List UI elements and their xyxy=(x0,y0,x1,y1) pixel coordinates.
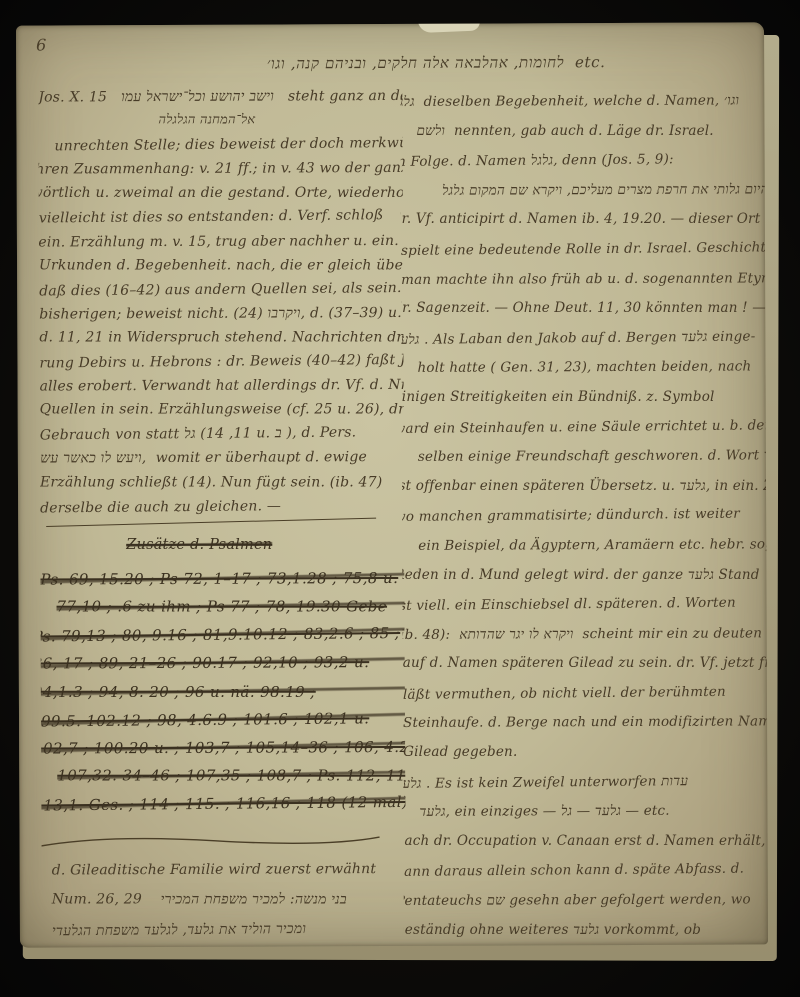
manuscript-line: einigen Streitigkeiten ein Bündniß. z. S… xyxy=(400,383,768,413)
manuscript-line: vielleicht ist dies so entstanden: d. Ve… xyxy=(39,203,403,231)
manuscript-line: היום גלותי את חרפת מצרים מעליכם, ויקרא ש… xyxy=(401,175,768,206)
struck-manuscript-line: 102,7 ; 100.20 u. ; 103,7 ; 105,14–36 ; … xyxy=(38,733,405,763)
manuscript-line: derselbe die auch zu gleichen. — xyxy=(40,493,404,521)
manuscript-line: bisherigen; beweist nicht. (24) ויקרבו, … xyxy=(39,301,403,327)
manuscript-line: unrechten Stelle; dies beweist der doch … xyxy=(54,131,402,158)
manuscript-line: Jos. X. 15 וישב יהושע וכל־ישראל עמו steh… xyxy=(38,84,402,110)
struck-manuscript-line: 113,1. Ges. ; 114 ; 115. ; 116,16 ; 118 … xyxy=(38,788,405,820)
footnote-line: Num. 26, 29 בני מנשה: למכיר משפחת המכירי xyxy=(52,884,406,914)
struck-manuscript-line: Ps. 79,13 ; 80, 9.16 ; 81,9.10.12 ; 83,2… xyxy=(38,619,405,651)
struck-manuscript-line: Ps. 69, 15.20 ; Ps 72, 1–17 ; 73,1.28 ; … xyxy=(40,564,404,594)
manuscript-line: גלעד . Als Laban den Jakob auf d. Bergen… xyxy=(400,322,768,355)
gilead-footnote: d. Gileaditische Familie wird zuerst erw… xyxy=(42,854,406,946)
manuscript-line: holt hatte ( Gen. 31, 23), machten beide… xyxy=(417,353,768,384)
manuscript-line: d. 11, 21 in Widerspruch stehend. Nachri… xyxy=(39,326,403,350)
manuscript-line: wörtlich u. zweimal an die gestand. Orte… xyxy=(38,181,402,205)
manuscript-line: ihren Zusammenhang: v. 21 ff.; in v. 43 … xyxy=(38,156,402,182)
struck-manuscript-line: 107,32. 34–46 ; 107,35 ; 108,7 ; Ps. 112… xyxy=(57,762,405,790)
right-column: גלגל dieselben Begebenheit, welche d. Na… xyxy=(400,86,768,946)
manuscript-line: אל־המחנה הגלגלה xyxy=(158,109,402,133)
torn-edge-notch xyxy=(418,22,480,33)
manuscript-line: auf d. Namen späteren Gilead zu sein. dr… xyxy=(403,649,768,679)
left-paragraph: Jos. X. 15 וישב יהושע וכל־ישראל עמו steh… xyxy=(38,84,404,519)
struck-manuscript-line: 77,10 ; .6 zu ihm ; Ps 77 ; 78, 19.30 Ge… xyxy=(57,593,405,621)
manuscript-line: Quellen in sein. Erzählungsweise (cf. 25… xyxy=(40,398,404,422)
manuscript-line: sein. Erzählung m. v. 15, trug aber nach… xyxy=(38,229,403,255)
footnote-line: d. Gileaditische Familie wird zuerst erw… xyxy=(52,854,406,886)
manuscript-line: ist offenbar einen späteren Übersetz. u.… xyxy=(400,472,768,502)
manuscript-line: man machte ihn also früh ab u. d. sogena… xyxy=(401,264,768,295)
manuscript-line: ויעש לו כאשר עשה, womit er überhaupt d. … xyxy=(38,445,404,471)
page-number: 6 xyxy=(36,38,46,54)
photo-backdrop: 6 לחומות, אהלבאה אלה חלקים, ובניהם קנה, … xyxy=(0,0,800,997)
manuscript-line: (ib. 48): ויקרא לו יגר שהדותא scheint mi… xyxy=(400,619,768,650)
manuscript-line: גלעד . Es ist kein Zweifel unterworfen ע… xyxy=(400,766,768,799)
manuscript-line: גלעד, ein einziges — גלעד — גל — etc. xyxy=(419,797,768,828)
manuscript-line: ולשם nennten, gab auch d. Läge dr. Israe… xyxy=(416,117,768,147)
struck-manuscript-line: 86, 17 ; 89, 21–26 ; 90.17 ; 92,10 ; 93,… xyxy=(38,648,405,678)
struck-manuscript-line: 99.5. 102.12 ; 98, 4.6.9 ; 101.6 ; 102,1… xyxy=(41,704,405,736)
left-column: Jos. X. 15 וישב יהושע וכל־ישראל עמו steh… xyxy=(38,84,406,945)
manuscript-line: in Folge. d. Namen גלגל, denn (Jos. 5, 9… xyxy=(400,145,768,178)
manuscript-line: spielt eine bedeutende Rolle in dr. Isra… xyxy=(401,233,768,266)
manuscript-line: Reden in d. Mund gelegt wird. der ganze … xyxy=(400,561,768,591)
manuscript-line: Pentateuchs שם gesehn aber gefolgert wer… xyxy=(400,885,768,916)
manuscript-line: Steinhaufe. d. Berge nach und ein modifi… xyxy=(403,708,768,739)
manuscript-line: rung Debirs u. Hebrons : dr. Beweis (40–… xyxy=(39,348,403,376)
manuscript-line: Gilead gegeben. xyxy=(403,738,768,768)
manuscript-line: alles erobert. Verwandt hat allerdings d… xyxy=(40,373,404,399)
manuscript-line: Gebrauch von statt גל (11, 14 u. ב ), d.… xyxy=(40,420,404,448)
struck-section-heading: Zusätze d. Psalmen xyxy=(126,533,272,557)
struck-manuscript-line: 94,1.3 ; 94, 8. 20 ; 96 u. nä. 98.19 ; xyxy=(38,677,405,705)
manuscript-line: läßt vermuthen, ob nicht viell. der berü… xyxy=(403,677,768,710)
manuscript-line: dr. Sagenzeit. — Ohne Deut. 11, 30 könnt… xyxy=(400,294,768,324)
manuscript-line: ein Beispiel, da Ägyptern, Aramäern etc.… xyxy=(418,530,768,561)
struck-psalm-list: Ps. 69, 15.20 ; Ps 72, 1–17 ; 73,1.28 ; … xyxy=(40,564,405,819)
manuscript-line: ward ein Steinhaufen u. eine Säule erric… xyxy=(400,411,768,444)
manuscript-line: daß dies (16–42) aus andern Quellen sei,… xyxy=(39,276,403,304)
footnote-line: ומכיר הוליד את גלעד, לגלעד משפחת הגלעדי xyxy=(52,913,406,946)
header-title-line: לחומות, אהלבאה אלה חלקים, ובניהם קנה, וג… xyxy=(166,53,706,73)
manuscript-line: Urkunden d. Begebenheit. nach, die er gl… xyxy=(39,253,403,277)
manuscript-line: selben einige Freundschaft geschworen. d… xyxy=(418,441,768,472)
right-paragraph: גלגל dieselben Begebenheit, welche d. Na… xyxy=(400,86,768,946)
manuscript-page: 6 לחומות, אהלבאה אלה חלקים, ובניהם קנה, … xyxy=(16,22,768,947)
manuscript-line: גלגל dieselben Begebenheit, welche d. Na… xyxy=(400,86,768,117)
manuscript-line: kann daraus allein schon kann d. späte A… xyxy=(400,855,768,888)
manuscript-line: wo manchen grammatisirte; dündurch. ist … xyxy=(400,500,768,533)
manuscript-line: Erzählung schließt (14). Nun fügt sein. … xyxy=(40,470,404,494)
manuscript-line: beständig ohne weiteres גלעד vorkommt, o… xyxy=(400,916,768,946)
manuscript-line: ist viell. ein Einschiebsel dl. späteren… xyxy=(400,588,768,621)
manuscript-line: nach dr. Occupation v. Canaan erst d. Na… xyxy=(400,827,768,857)
footnote-separator-curve xyxy=(38,832,405,854)
manuscript-line: dr. Vf. anticipirt d. Namen ib. 4, 19.20… xyxy=(400,206,768,236)
